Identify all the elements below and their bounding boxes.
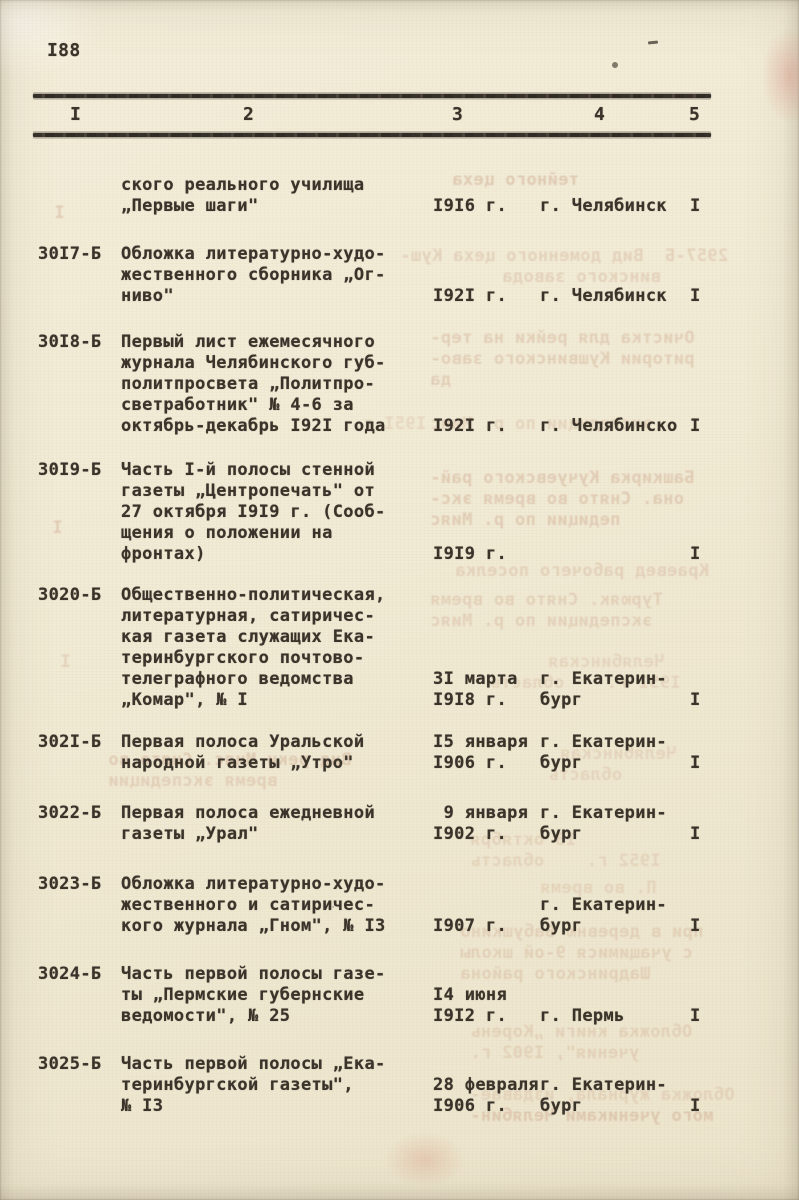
entry-place: г. Челябинско bbox=[540, 332, 690, 437]
entry-count: I bbox=[690, 244, 799, 307]
entry-count: I bbox=[690, 460, 799, 565]
column-header: 2 bbox=[243, 104, 254, 125]
header-rule-bottom bbox=[33, 133, 711, 137]
entries-list: ского реального училища „Первые шаги" I9… bbox=[0, 175, 799, 1117]
table-row: ского реального училища „Первые шаги" I9… bbox=[0, 175, 799, 217]
entry-number: 3025-Б bbox=[38, 1054, 121, 1117]
table-row: 3023-Б Обложка литературно-худо- жествен… bbox=[0, 874, 799, 937]
column-header: 3 bbox=[452, 104, 463, 125]
entry-number: 302I-Б bbox=[38, 732, 121, 774]
entry-count: I bbox=[690, 964, 799, 1027]
entry-number: 3020-Б bbox=[38, 585, 121, 711]
entry-count: I bbox=[690, 732, 799, 774]
entry-description: Часть первой полосы „Ека- теринбургской … bbox=[121, 1054, 433, 1117]
entry-date: 3I марта I9I8 г. bbox=[433, 585, 540, 711]
entry-number: 30I9-Б bbox=[38, 460, 121, 565]
entry-place: г. Екатерин- бург bbox=[540, 585, 690, 711]
table-row: 302I-Б Первая полоса Уральской народной … bbox=[0, 732, 799, 774]
entry-number bbox=[38, 175, 121, 217]
table-row: 30I8-Б Первый лист ежемесячного журнала … bbox=[0, 332, 799, 437]
entry-date: 28 февраля I906 г. bbox=[433, 1054, 540, 1117]
ink-speck bbox=[332, 906, 334, 908]
entry-place: г. Екатерин- бург bbox=[540, 732, 690, 774]
entry-count: I bbox=[690, 803, 799, 845]
entry-date: I92I г. bbox=[433, 244, 540, 307]
scanned-page: I88 I2345 тейного цеха2957-Б Вид доменно… bbox=[0, 0, 799, 1200]
table-row: 30I9-Б Часть I-й полосы стенной газеты „… bbox=[0, 460, 799, 565]
table-row: 3022-Б Первая полоса ежедневной газеты „… bbox=[0, 803, 799, 845]
entry-description: Обложка литературно-худо- жественного сб… bbox=[121, 244, 433, 307]
entry-place: г. Екатерин- бург bbox=[540, 1054, 690, 1117]
column-header: 5 bbox=[689, 104, 700, 125]
entry-date: I4 июня I9I2 г. bbox=[433, 964, 540, 1027]
entry-place: г. Челябинск bbox=[540, 175, 690, 217]
entry-description: ского реального училища „Первые шаги" bbox=[121, 175, 433, 217]
entry-place: г. Пермь bbox=[540, 964, 690, 1027]
table-row: 3025-Б Часть первой полосы „Ека- теринбу… bbox=[0, 1054, 799, 1117]
page-number: I88 bbox=[47, 40, 81, 61]
header-rule-top bbox=[33, 94, 711, 98]
column-header: I bbox=[70, 104, 81, 125]
entry-number: 3023-Б bbox=[38, 874, 121, 937]
entry-count: I bbox=[690, 1054, 799, 1117]
entry-description: Общественно-политическая, литературная, … bbox=[121, 585, 433, 711]
entry-count: I bbox=[690, 332, 799, 437]
ink-dash-mark bbox=[648, 40, 658, 44]
entry-date: I9I6 г. bbox=[433, 175, 540, 217]
entry-description: Первая полоса Уральской народной газеты … bbox=[121, 732, 433, 774]
entry-date: I5 января I906 г. bbox=[433, 732, 540, 774]
table-row: 30I7-Б Обложка литературно-худо- жествен… bbox=[0, 244, 799, 307]
entry-description: Часть первой полосы газе- ты „Пермские г… bbox=[121, 964, 433, 1027]
entry-date: I907 г. bbox=[433, 874, 540, 937]
entry-date: I92I г. bbox=[433, 332, 540, 437]
entry-date: I9I9 г. bbox=[433, 460, 540, 565]
entry-number: 3024-Б bbox=[38, 964, 121, 1027]
entry-count: I bbox=[690, 874, 799, 937]
entry-place: г. Челябинск bbox=[540, 244, 690, 307]
stain bbox=[385, 1132, 465, 1187]
entry-count: I bbox=[690, 175, 799, 217]
ink-dot-mark bbox=[612, 62, 618, 68]
entry-count: I bbox=[690, 585, 799, 711]
column-header: 4 bbox=[594, 104, 605, 125]
ink-speck bbox=[447, 1013, 450, 1016]
entry-number: 30I7-Б bbox=[38, 244, 121, 307]
entry-description: Часть I-й полосы стенной газеты „Центроп… bbox=[121, 460, 433, 565]
entry-description: Первый лист ежемесячного журнала Челябин… bbox=[121, 332, 433, 437]
entry-place: г. Екатерин- бург bbox=[540, 874, 690, 937]
entry-number: 3022-Б bbox=[38, 803, 121, 845]
entry-description: Первая полоса ежедневной газеты „Урал" bbox=[121, 803, 433, 845]
table-row: 3024-Б Часть первой полосы газе- ты „Пер… bbox=[0, 964, 799, 1027]
entry-number: 30I8-Б bbox=[38, 332, 121, 437]
table-row: 3020-Б Общественно-политическая, литерат… bbox=[0, 585, 799, 711]
table-header: I2345 bbox=[0, 104, 799, 132]
entry-description: Обложка литературно-худо- жественного и … bbox=[121, 874, 433, 937]
entry-place bbox=[540, 460, 690, 565]
entry-place: г. Екатерин- бург bbox=[540, 803, 690, 845]
entry-date: 9 января I902 г. bbox=[433, 803, 540, 845]
